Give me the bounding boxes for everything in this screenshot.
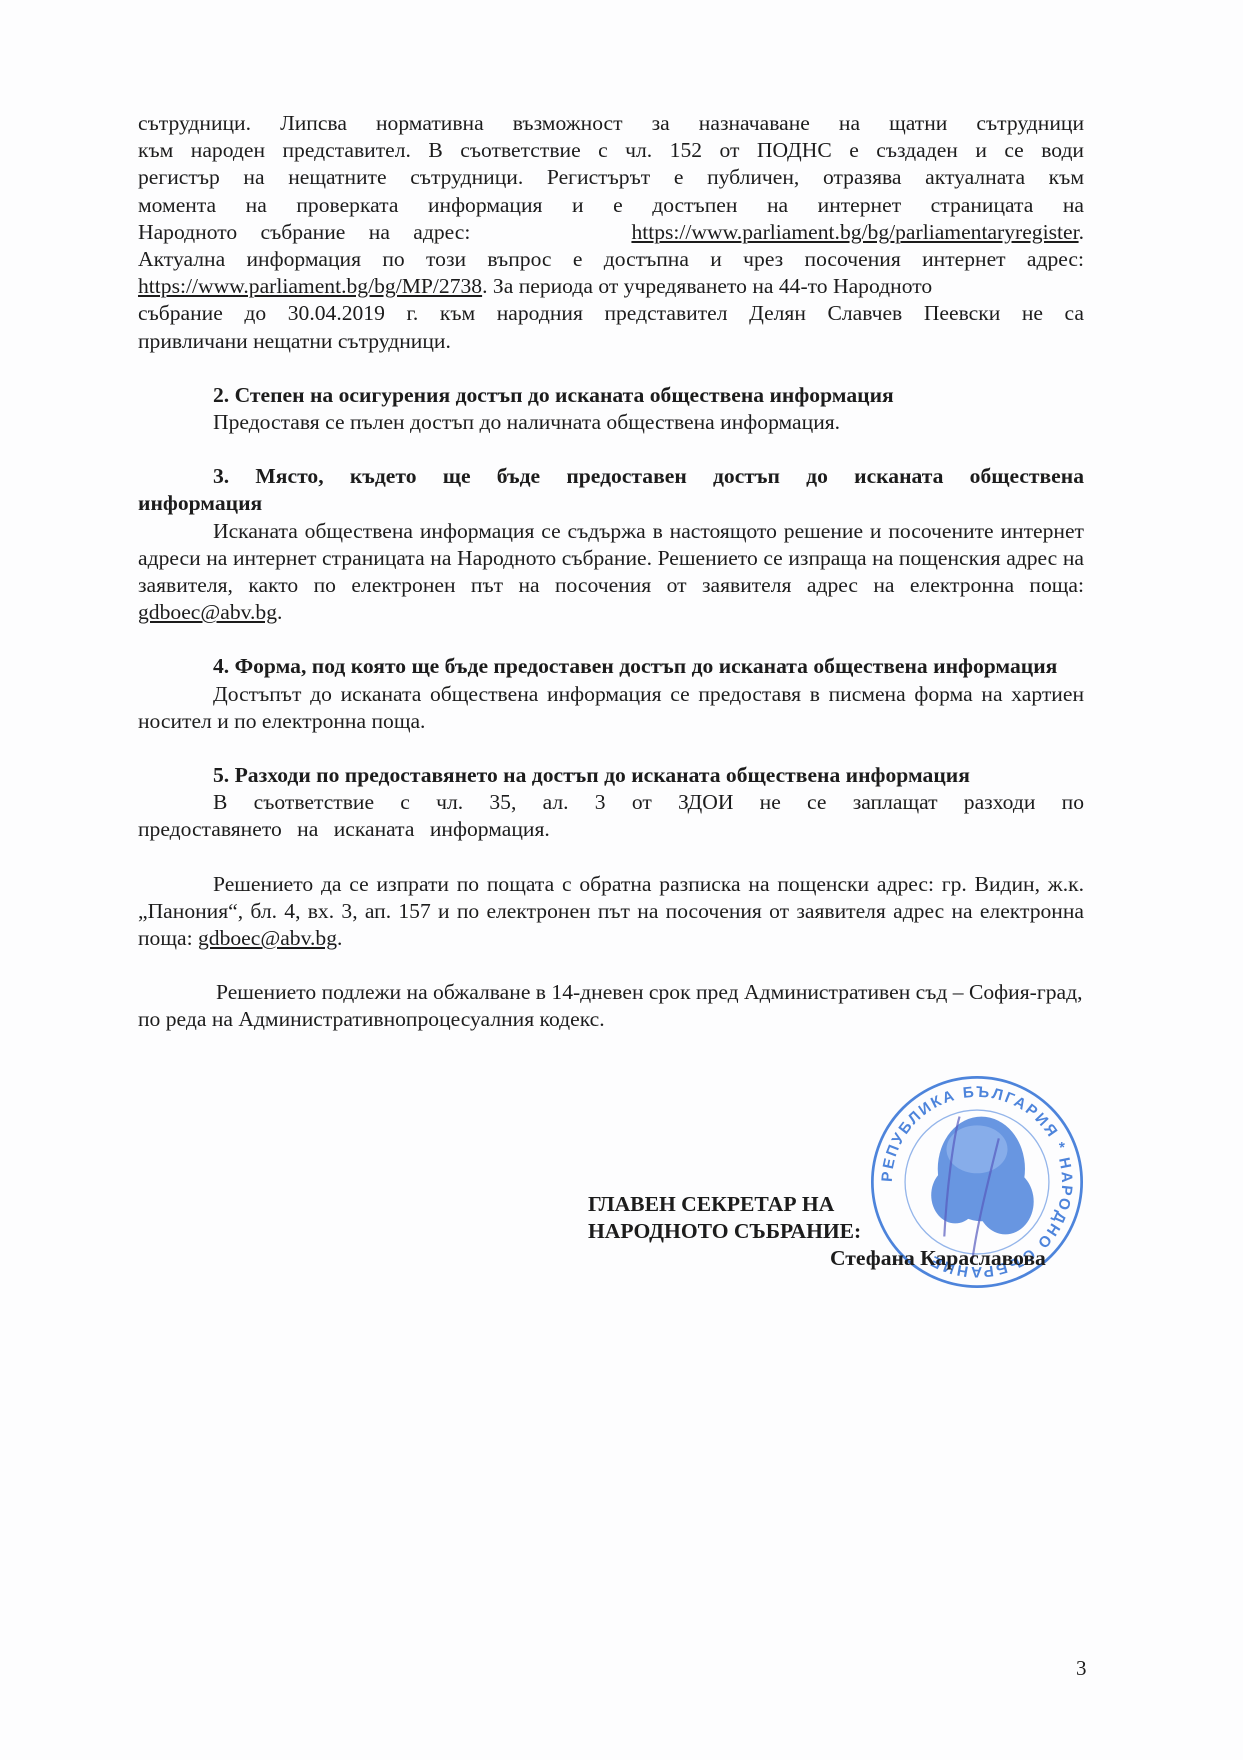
signature-title-line-2: НАРОДНОТО СЪБРАНИЕ: [588,1218,1088,1245]
intro-line: привличани нещатни сътрудници. [138,328,1084,355]
delivery-paragraph: Решението да се изпрати по пощата с обра… [138,871,1084,953]
intro-line-mp: https://www.parliament.bg/bg/MP/2738. За… [138,273,1084,300]
email-link[interactable]: gdboec@abv.bg [138,600,277,624]
signature-title-line-1: ГЛАВЕН СЕКРЕТАР НА [588,1191,1088,1218]
section-4-body: Достъпът до исканата обществена информац… [138,681,1084,735]
document-page: сътрудници. Липсва нормативна възможност… [138,110,1084,1034]
section-3: 3. Място, където ще бъде предоставен дос… [138,463,1084,626]
section-4-heading: 4. Форма, под която ще бъде предоставен … [138,653,1084,680]
signature-block: ГЛАВЕН СЕКРЕТАР НА НАРОДНОТО СЪБРАНИЕ: С… [588,1191,1088,1245]
section-3-body: Исканата обществена информация се съдърж… [138,518,1084,627]
section-5-body: В съответствие с чл. 35, ал. 3 от ЗДОИ н… [138,789,1084,843]
appeal-paragraph: Решението подлежи на обжалване в 14-днев… [138,979,1098,1033]
spacer [138,735,1084,762]
intro-line-suffix: . За периода от учредяването на 44-то На… [482,274,932,298]
email-link[interactable]: gdboec@abv.bg [198,926,337,950]
page-number: 3 [1076,1656,1087,1681]
section-4: 4. Форма, под която ще бъде предоставен … [138,653,1084,735]
register-link[interactable]: https://www.parliament.bg/bg/parliamenta… [631,220,1078,244]
spacer [138,626,1084,653]
intro-line: момента на проверката информация и е дос… [138,192,1084,219]
signatory-name: Стефана Караславова [830,1245,1046,1272]
section-2-body: Предоставя се пълен достъп до наличната … [138,409,1084,436]
intro-line: регистър на нещатните сътрудници. Регист… [138,164,1084,191]
section-5: 5. Разходи по предоставянето на достъп д… [138,762,1084,844]
punctuation: . [337,926,342,950]
section-5-heading: 5. Разходи по предоставянето на достъп д… [138,762,1084,789]
intro-line: сътрудници. Липсва нормативна възможност… [138,110,1084,137]
section-2: 2. Степен на осигурения достъп до искана… [138,382,1084,436]
mp-profile-link[interactable]: https://www.parliament.bg/bg/MP/2738 [138,274,482,298]
spacer [138,844,1084,871]
section-3-body-text: Исканата обществена информация се съдърж… [138,519,1084,597]
spacer [138,952,1084,979]
section-3-heading: 3. Място, където ще бъде предоставен дос… [138,463,1084,517]
intro-line: към народен представител. В съответствие… [138,137,1084,164]
register-link-wrap: https://www.parliament.bg/bg/parliamenta… [631,219,1084,246]
intro-line-prefix: Народното събрание на адрес: [138,219,470,246]
punctuation: . [277,600,282,624]
intro-paragraph: сътрудници. Липсва нормативна възможност… [138,110,1084,355]
intro-line: събрание до 30.04.2019 г. към народния п… [138,300,1084,327]
intro-line-register: Народното събрание на адрес: https://www… [138,219,1084,246]
section-2-heading: 2. Степен на осигурения достъп до искана… [138,382,1084,409]
punctuation: . [1079,220,1084,244]
intro-line: Актуална информация по този въпрос е дос… [138,246,1084,273]
spacer [138,436,1084,463]
spacer [138,355,1084,382]
